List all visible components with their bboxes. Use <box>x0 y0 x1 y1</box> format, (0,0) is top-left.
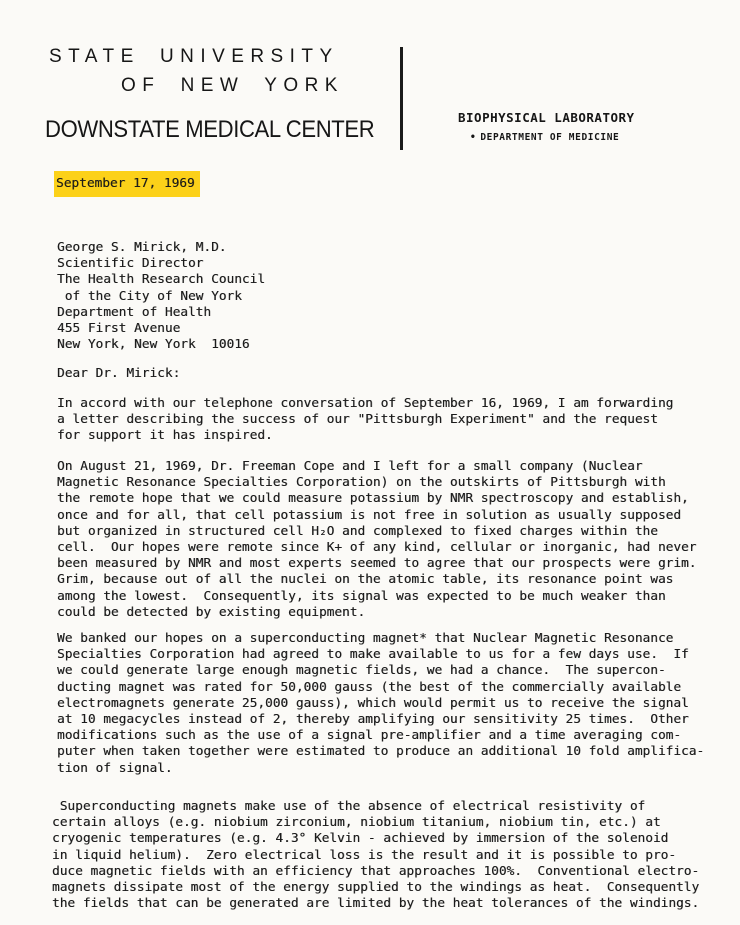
department-name: •DEPARTMENT OF MEDICINE <box>470 132 619 143</box>
university-name-line2: OF NEW YORK <box>121 75 344 97</box>
recipient-address: George S. Mirick, M.D. Scientific Direct… <box>57 240 265 353</box>
paragraph-3: We banked our hopes on a superconducting… <box>57 631 704 777</box>
bullet-icon: • <box>470 132 476 143</box>
laboratory-name: BIOPHYSICAL LABORATORY <box>458 110 635 125</box>
paragraph-1: In accord with our telephone conversatio… <box>57 396 673 445</box>
salutation: Dear Dr. Mirick: <box>57 366 180 382</box>
paragraph-2: On August 21, 1969, Dr. Freeman Cope and… <box>57 459 696 621</box>
department-name-label: DEPARTMENT OF MEDICINE <box>480 132 619 143</box>
letterhead-divider-line <box>400 47 403 150</box>
paragraph-4: Superconducting magnets make use of the … <box>52 799 699 912</box>
document-page: STATE UNIVERSITY OF NEW YORK DOWNSTATE M… <box>0 0 740 925</box>
letter-date: September 17, 1969 <box>56 176 195 192</box>
university-name-line1: STATE UNIVERSITY <box>49 46 339 68</box>
medical-center-name: DOWNSTATE MEDICAL CENTER <box>45 116 374 144</box>
date-highlight: September 17, 1969 <box>54 171 200 197</box>
